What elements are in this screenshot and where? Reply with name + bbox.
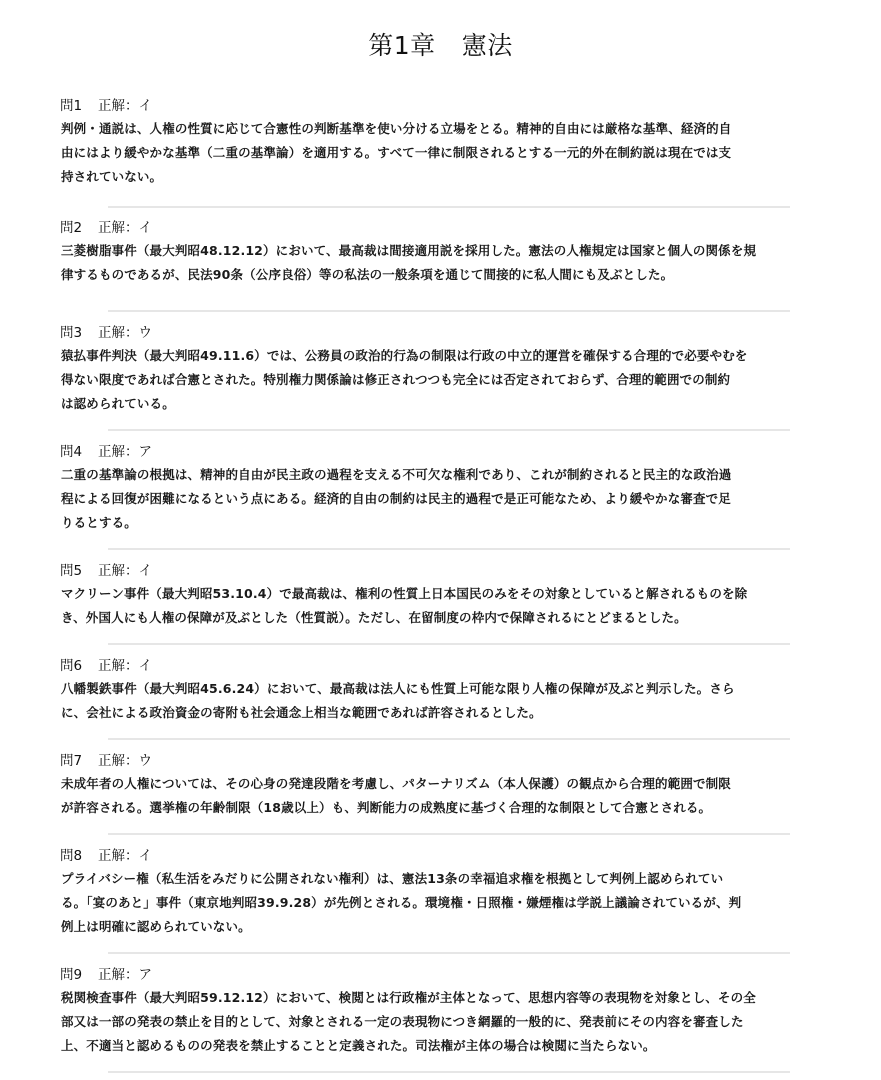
question-number: 問6 bbox=[60, 656, 98, 676]
explanation-line: マクリーン事件（最大判昭53.10.4）で最高裁は、権利の性質上日本国民のみをそ… bbox=[61, 582, 840, 606]
correct-answer: 正解：ウ bbox=[98, 323, 152, 343]
explanation-line: プライバシー権（私生活をみだりに公開されない権利）は、憲法13条の幸福追求権を根… bbox=[61, 867, 840, 891]
correct-answer: 正解：ウ bbox=[98, 751, 152, 771]
correct-answer: 正解：イ bbox=[98, 218, 152, 238]
explanation: マクリーン事件（最大判昭53.10.4）で最高裁は、権利の性質上日本国民のみをそ… bbox=[60, 582, 840, 630]
explanation-line: 由にはより緩やかな基準（二重の基準論）を適用する。すべて一律に制限されるとする一… bbox=[61, 141, 840, 165]
correct-answer: 正解：イ bbox=[98, 561, 152, 581]
question-number: 問2 bbox=[60, 218, 98, 238]
answer-header: 問1 正解：イ bbox=[60, 96, 840, 116]
answer-item-4: 問4 正解：ア 二重の基準論の根拠は、精神的自由が民主政の過程を支える不可欠な権… bbox=[60, 431, 840, 548]
answer-item-1: 問1 正解：イ 判例・通説は、人権の性質に応じて合憲性の判断基準を使い分ける立場… bbox=[60, 96, 840, 206]
question-number: 問9 bbox=[60, 965, 98, 985]
answer-header: 問9 正解：ア bbox=[60, 965, 840, 985]
explanation-line: 猿払事件判決（最大判昭49.11.6）では、公務員の政治的行為の制限は行政の中立… bbox=[61, 344, 840, 368]
answer-header: 問7 正解：ウ bbox=[60, 751, 840, 771]
explanation-line: は認められている。 bbox=[61, 392, 840, 416]
correct-answer: 正解：イ bbox=[98, 846, 152, 866]
explanation-line: 持されていない。 bbox=[61, 165, 840, 189]
answer-item-9: 問9 正解：ア 税関検査事件（最大判昭59.12.12）において、検閲とは行政権… bbox=[60, 954, 840, 1071]
explanation-line: 上、不適当と認めるものの発表を禁止することと定義された。司法権が主体の場合は検閲… bbox=[61, 1034, 840, 1058]
page-title: 第1章憲法 bbox=[0, 26, 881, 62]
answer-header: 問2 正解：イ bbox=[60, 218, 840, 238]
answer-header: 問8 正解：イ bbox=[60, 846, 840, 866]
answer-header: 問6 正解：イ bbox=[60, 656, 840, 676]
answer-header: 問3 正解：ウ bbox=[60, 323, 840, 343]
explanation: 未成年者の人権については、その心身の発達段階を考慮し、パターナリズム（本人保護）… bbox=[60, 772, 840, 820]
correct-answer: 正解：ア bbox=[98, 442, 152, 462]
question-number: 問4 bbox=[60, 442, 98, 462]
answer-item-7: 問7 正解：ウ 未成年者の人権については、その心身の発達段階を考慮し、パターナリ… bbox=[60, 740, 840, 833]
answer-list: 問1 正解：イ 判例・通説は、人権の性質に応じて合憲性の判断基準を使い分ける立場… bbox=[60, 96, 840, 1073]
explanation-line: 八幡製鉄事件（最大判昭45.6.24）において、最高裁は法人にも性質上可能な限り… bbox=[61, 677, 840, 701]
explanation: 二重の基準論の根拠は、精神的自由が民主政の過程を支える不可欠な権利であり、これが… bbox=[60, 463, 840, 535]
explanation: 税関検査事件（最大判昭59.12.12）において、検閲とは行政権が主体となって、… bbox=[60, 986, 840, 1058]
correct-answer: 正解：イ bbox=[98, 656, 152, 676]
explanation-line: 未成年者の人権については、その心身の発達段階を考慮し、パターナリズム（本人保護）… bbox=[61, 772, 840, 796]
answer-item-6: 問6 正解：イ 八幡製鉄事件（最大判昭45.6.24）において、最高裁は法人にも… bbox=[60, 645, 840, 738]
explanation-line: 律するものであるが、民法90条（公序良俗）等の私法の一般条項を通じて間接的に私人… bbox=[61, 263, 840, 287]
explanation-line: が許容される。選挙権の年齢制限（18歳以上）も、判断能力の成熟度に基づく合理的な… bbox=[61, 796, 840, 820]
explanation-line: き、外国人にも人権の保障が及ぶとした（性質説）。ただし、在留制度の枠内で保障され… bbox=[61, 606, 840, 630]
explanation: 猿払事件判決（最大判昭49.11.6）では、公務員の政治的行為の制限は行政の中立… bbox=[60, 344, 840, 416]
explanation-line: 税関検査事件（最大判昭59.12.12）において、検閲とは行政権が主体となって、… bbox=[61, 986, 840, 1010]
question-number: 問3 bbox=[60, 323, 98, 343]
explanation-line: 程による回復が困難になるという点にある。経済的自由の制約は民主的過程で是正可能な… bbox=[61, 487, 840, 511]
answer-item-5: 問5 正解：イ マクリーン事件（最大判昭53.10.4）で最高裁は、権利の性質上… bbox=[60, 550, 840, 643]
answer-header: 問5 正解：イ bbox=[60, 561, 840, 581]
chapter-number: 第1章 bbox=[368, 31, 435, 60]
answer-item-3: 問3 正解：ウ 猿払事件判決（最大判昭49.11.6）では、公務員の政治的行為の… bbox=[60, 312, 840, 429]
explanation-line: 三菱樹脂事件（最大判昭48.12.12）において、最高裁は間接適用説を採用した。… bbox=[61, 239, 840, 263]
correct-answer: 正解：ア bbox=[98, 965, 152, 985]
answer-item-8: 問8 正解：イ プライバシー権（私生活をみだりに公開されない権利）は、憲法13条… bbox=[60, 835, 840, 952]
chapter-subject: 憲法 bbox=[462, 31, 513, 60]
explanation-line: 得ない限度であれば合憲とされた。特別権力関係論は修正されつつも完全には否定されて… bbox=[61, 368, 840, 392]
answer-header: 問4 正解：ア bbox=[60, 442, 840, 462]
explanation-line: 判例・通説は、人権の性質に応じて合憲性の判断基準を使い分ける立場をとる。精神的自… bbox=[61, 117, 840, 141]
question-number: 問5 bbox=[60, 561, 98, 581]
divider bbox=[108, 1071, 790, 1073]
explanation-line: 例上は明確に認められていない。 bbox=[61, 915, 840, 939]
explanation: 八幡製鉄事件（最大判昭45.6.24）において、最高裁は法人にも性質上可能な限り… bbox=[60, 677, 840, 725]
explanation: プライバシー権（私生活をみだりに公開されない権利）は、憲法13条の幸福追求権を根… bbox=[60, 867, 840, 939]
question-number: 問8 bbox=[60, 846, 98, 866]
explanation-line: 二重の基準論の根拠は、精神的自由が民主政の過程を支える不可欠な権利であり、これが… bbox=[61, 463, 840, 487]
explanation-line: りるとする。 bbox=[61, 511, 840, 535]
answer-item-2: 問2 正解：イ 三菱樹脂事件（最大判昭48.12.12）において、最高裁は間接適… bbox=[60, 208, 840, 310]
correct-answer: 正解：イ bbox=[98, 96, 152, 116]
explanation: 判例・通説は、人権の性質に応じて合憲性の判断基準を使い分ける立場をとる。精神的自… bbox=[60, 117, 840, 189]
explanation-line: に、会社による政治資金の寄附も社会通念上相当な範囲であれば許容されるとした。 bbox=[61, 701, 840, 725]
explanation-line: 部又は一部の発表の禁止を目的として、対象とされる一定の表現物につき網羅的一般的に… bbox=[61, 1010, 840, 1034]
question-number: 問7 bbox=[60, 751, 98, 771]
question-number: 問1 bbox=[60, 96, 98, 116]
explanation-line: る。「宴のあと」事件（東京地判昭39.9.28）が先例とされる。環境権・日照権・… bbox=[61, 891, 840, 915]
explanation: 三菱樹脂事件（最大判昭48.12.12）において、最高裁は間接適用説を採用した。… bbox=[60, 239, 840, 287]
